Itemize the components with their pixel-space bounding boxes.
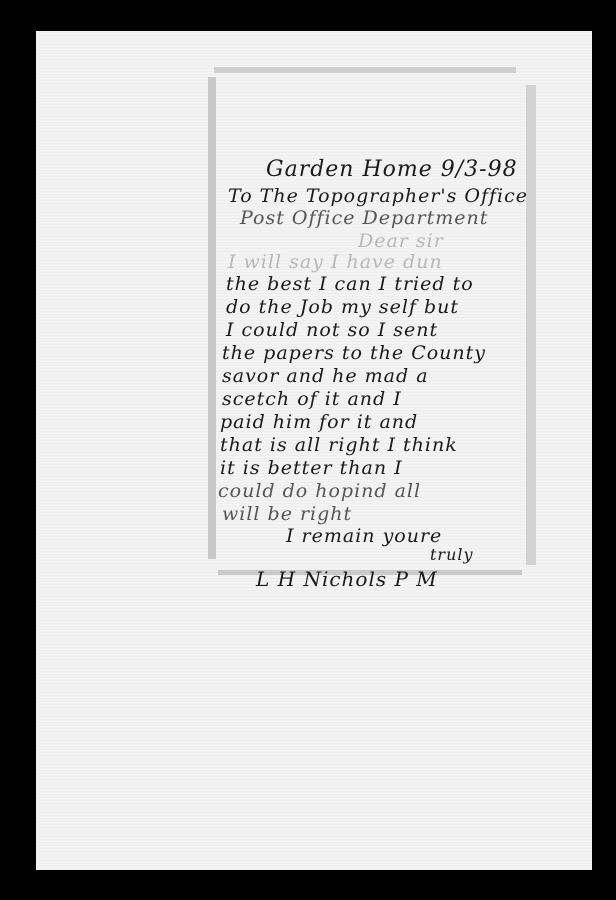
closing-line-1: I remain youre [286, 525, 442, 547]
letter-text: Garden Home 9/3-98 To The Topographer's … [208, 67, 536, 575]
recipient-line-1: To The Topographer's Office [228, 185, 528, 207]
body-line: I will say I have dun [228, 251, 443, 273]
scanned-page: Garden Home 9/3-98 To The Topographer's … [36, 31, 592, 870]
body-line: savor and he mad a [222, 365, 429, 387]
signature: L H Nichols P M [256, 567, 438, 591]
body-line: will be right [222, 503, 352, 525]
closing-line-2: truly [430, 545, 474, 564]
letter-sheet: Garden Home 9/3-98 To The Topographer's … [208, 67, 536, 575]
body-line: the papers to the County [222, 342, 486, 364]
place-date: Garden Home 9/3-98 [266, 157, 518, 182]
body-line: the best I can I tried to [226, 273, 474, 295]
body-line: paid him for it and [220, 411, 418, 433]
body-line: scetch of it and I [222, 388, 402, 410]
body-line: that is all right I think [220, 434, 458, 456]
recipient-line-2: Post Office Department [240, 207, 488, 229]
body-line: could do hopind all [218, 480, 421, 502]
salutation: Dear sir [358, 230, 444, 252]
body-line: it is better than I [220, 457, 403, 479]
body-line: do the Job my self but [226, 296, 459, 318]
body-line: I could not so I sent [226, 319, 438, 341]
